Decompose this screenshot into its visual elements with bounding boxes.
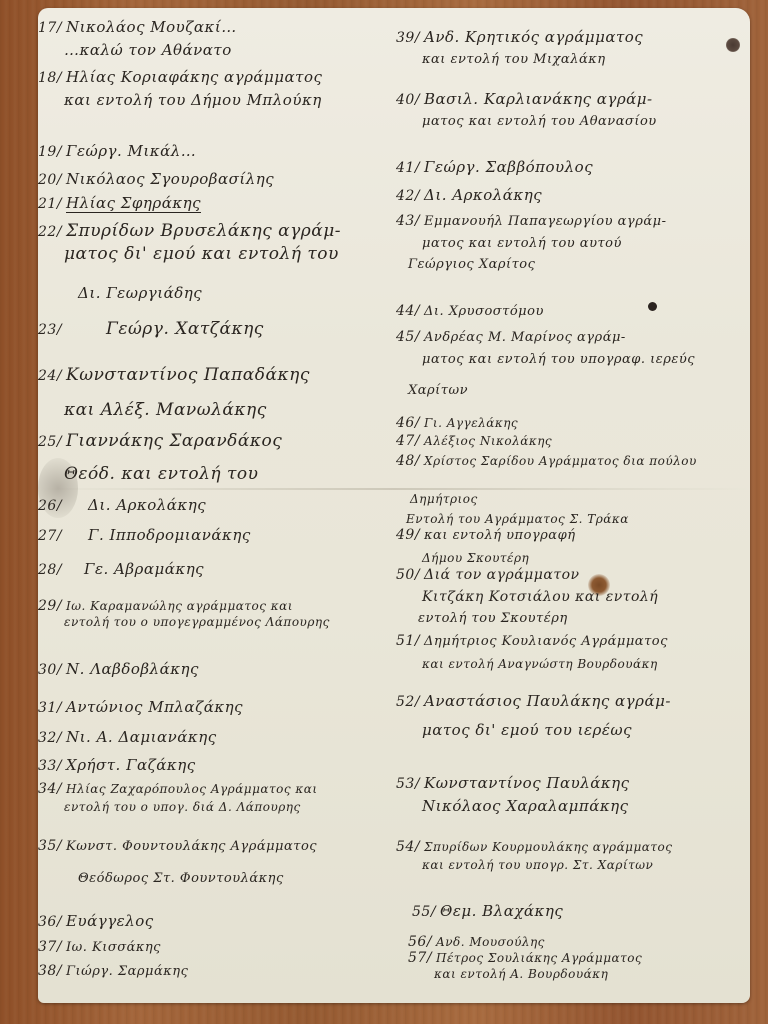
entry-text: Κωνστ. Φουντουλάκης Αγράμματος xyxy=(66,839,317,854)
entry-number: 41/ xyxy=(396,157,420,179)
entry-text: Βασιλ. Καρλιανάκης αγράμ- xyxy=(424,90,653,108)
entry-text: Δι. Χρυσοστόμου xyxy=(424,304,544,319)
list-entry-43-signature: Γεώργιος Χαρίτος xyxy=(396,254,750,276)
entry-text: Γ. Ιπποδρομιανάκης xyxy=(88,526,251,544)
entry-number: 49/ xyxy=(396,524,420,546)
entry-text-continued: εντολή του ο υπογ. διά Δ. Λάπουρης xyxy=(38,798,408,816)
list-entry-57: 57/Πέτρος Σουλιάκης Αγράμματοςκαι εντολή… xyxy=(396,950,750,982)
entry-text: Γεώργ. Μικάλ… xyxy=(66,142,196,160)
list-entry-51: 51/Δημήτριος Κουλιανός Αγράμματοςκαι εντ… xyxy=(396,630,750,675)
entry-text: Δι. Αρκολάκης xyxy=(424,186,542,204)
list-entry-38: 38/Γιώργ. Σαρμάκης xyxy=(38,960,408,983)
entry-number: 32/ xyxy=(38,727,62,749)
list-entry-41: 41/Γεώργ. Σαββόπουλος xyxy=(396,156,750,179)
list-entry-23: 23/Γεώργ. Χατζάκης xyxy=(38,318,408,341)
entry-number: 25/ xyxy=(38,431,62,453)
list-entry-35: 35/Κωνστ. Φουντουλάκης ΑγράμματοςΘεόδωρο… xyxy=(38,836,408,889)
list-entry-45-signature: Χαρίτων xyxy=(396,380,750,402)
entry-text: Γε. Αβραμάκης xyxy=(84,560,204,578)
entry-text: Εμμανουήλ Παπαγεωργίου αγράμ- xyxy=(424,214,666,229)
entry-number: 27/ xyxy=(38,525,62,547)
entry-number: 48/ xyxy=(396,450,420,472)
entry-text: Ιω. Κισσάκης xyxy=(66,940,161,955)
entry-number: 47/ xyxy=(396,430,420,452)
entry-text-continued: και εντολή του υπογρ. Στ. Χαρίτων xyxy=(396,856,750,874)
entry-text: Γιώργ. Σαρμάκης xyxy=(66,964,188,979)
entry-text: Σπυρίδων Κουρμουλάκης αγράμματος xyxy=(424,840,672,854)
entry-number: 26/ xyxy=(38,495,62,517)
handwritten-document-page: 17/Νικολάος Μουζακί……καλώ τον Αθάνατο 18… xyxy=(38,8,750,1003)
entry-number: 31/ xyxy=(38,697,62,719)
entry-text-continued: εντολή του ο υπογεγραμμένος Λάπουρης xyxy=(38,614,408,630)
list-entry-50: 50/Διά τον αγράμματονΚιτζάκη Κοτσιάλου κ… xyxy=(396,564,750,608)
entry-text: Ανδ. Μουσούλης xyxy=(436,935,545,949)
entry-text: Δι. Γεωργιάδης xyxy=(78,284,202,302)
list-entry-37: 37/Ιω. Κισσάκης xyxy=(38,936,408,959)
list-entry-34: 34/Ηλίας Ζαχαρόπουλος Αγράμματος καιεντο… xyxy=(38,780,408,816)
entry-number: 22/ xyxy=(38,221,62,243)
list-entry-22-signature: Δι. Γεωργιάδης xyxy=(38,282,408,304)
entry-text-continued: ματος και εντολή του υπογραφ. ιερεύς xyxy=(396,349,750,371)
entry-text: Ανδρέας Μ. Μαρίνος αγράμ- xyxy=(424,330,626,345)
list-entry-27: 27/Γ. Ιπποδρομιανάκης xyxy=(38,524,408,547)
entry-text-continued: ματος και εντολή του Αθανασίου xyxy=(396,111,750,133)
entry-text-continued: και εντολή Α. Βουρδουάκη xyxy=(408,966,750,982)
entry-text: Γεώργ. Χατζάκης xyxy=(106,319,264,339)
entry-text: Ν. Λαβδοβλάκης xyxy=(66,660,199,678)
entry-text: Ηλίας Ζαχαρόπουλος Αγράμματος και xyxy=(66,782,318,796)
entry-text: Ευάγγελος xyxy=(66,912,154,930)
list-entry-28: 28/Γε. Αβραμάκης xyxy=(38,558,408,581)
list-entry-31: 31/Αντώνιος Μπλαζάκης xyxy=(38,696,408,719)
entry-number: 30/ xyxy=(38,659,62,681)
entry-number: 53/ xyxy=(396,773,420,795)
entry-number: 56/ xyxy=(408,934,432,950)
list-entry-44: 44/Δι. Χρυσοστόμου xyxy=(396,300,750,323)
entry-text: Νικόλαος Σγουροβασίλης xyxy=(66,170,274,188)
entry-text: Αντώνιος Μπλαζάκης xyxy=(66,698,243,716)
entry-text: και εντολή υπογραφή xyxy=(424,528,575,543)
list-entry-29: 29/Ιω. Καραμανώλης αγράμματος καιεντολή … xyxy=(38,598,408,630)
entry-text: Αλέξιος Νικολάκης xyxy=(424,434,552,448)
entry-number: 52/ xyxy=(396,691,420,713)
entry-number: 51/ xyxy=(396,630,420,652)
entry-text-continued: Θεόδ. και εντολή του xyxy=(38,463,408,485)
entry-text: Νικολάος Μουζακί… xyxy=(66,18,237,36)
entry-number: 34/ xyxy=(38,780,62,798)
list-entry-50-continued: εντολή του Σκουτέρη xyxy=(396,608,750,630)
entry-text-continued: και εντολή του Μιχαλάκη xyxy=(396,49,750,71)
entry-number: 36/ xyxy=(38,911,62,933)
list-entry-25: 25/Γιαννάκης ΣαρανδάκοςΘεόδ. και εντολή … xyxy=(38,430,408,485)
entry-text-continued: …καλώ τον Αθάνατο xyxy=(38,39,408,61)
list-entry-55: 55/Θεμ. Βλαχάκης xyxy=(396,900,750,923)
entry-text: Χρίστος Σαρίδου Αγράμματος δια πούλου xyxy=(424,454,697,468)
list-entry-43: 43/Εμμανουήλ Παπαγεωργίου αγράμ-ματος κα… xyxy=(396,210,750,255)
entry-number: 54/ xyxy=(396,838,420,856)
list-entry-19: 19/Γεώργ. Μικάλ… xyxy=(38,140,408,163)
entry-number: 18/ xyxy=(38,67,62,89)
entry-number: 24/ xyxy=(38,365,62,387)
entry-text-continued: Νικόλαος Χαραλαμπάκης xyxy=(396,795,750,817)
list-entry-20: 20/Νικόλαος Σγουροβασίλης xyxy=(38,168,408,191)
entry-text: Ηλίας Σφηράκης xyxy=(66,194,201,213)
entry-text: Δι. Αρκολάκης xyxy=(88,496,206,514)
entry-text: Γεώργ. Σαββόπουλος xyxy=(424,158,593,176)
list-entry-53: 53/Κωνσταντίνος ΠαυλάκηςΝικόλαος Χαραλαμ… xyxy=(396,772,750,817)
entry-number: 55/ xyxy=(412,901,436,923)
entry-text: Δημήτριος xyxy=(410,492,478,506)
list-entry-33: 33/Χρήστ. Γαζάκης xyxy=(38,754,408,777)
entry-text: Θεμ. Βλαχάκης xyxy=(440,902,563,920)
entry-text-continued: ματος και εντολή του αυτού xyxy=(396,233,750,255)
entry-number: 37/ xyxy=(38,936,62,958)
list-entry-40: 40/Βασιλ. Καρλιανάκης αγράμ-ματος και εν… xyxy=(396,88,750,133)
list-entry-36: 36/Ευάγγελος xyxy=(38,910,408,933)
entry-text-continued: ματος δι' εμού του ιερέως xyxy=(396,719,750,741)
entry-text: Δημήτριος Κουλιανός Αγράμματος xyxy=(424,634,668,649)
entry-text: Κωνσταντίνος Παπαδάκης xyxy=(66,365,310,385)
entry-text: Χρήστ. Γαζάκης xyxy=(66,756,196,774)
list-entry-54: 54/Σπυρίδων Κουρμουλάκης αγράμματοςκαι ε… xyxy=(396,838,750,874)
list-entry-32: 32/Νι. Α. Δαμιανάκης xyxy=(38,726,408,749)
list-entry-52: 52/Αναστάσιος Παυλάκης αγράμ-ματος δι' ε… xyxy=(396,690,750,741)
entry-text: Γεώργιος Χαρίτος xyxy=(408,257,535,272)
entry-number: 23/ xyxy=(38,319,62,341)
list-entry-17: 17/Νικολάος Μουζακί……καλώ τον Αθάνατο xyxy=(38,16,408,61)
entry-text-continued: και Αλέξ. Μανωλάκης xyxy=(38,399,408,421)
entry-number: 21/ xyxy=(38,193,62,215)
list-entry-49: 49/και εντολή υπογραφήΔήμου Σκουτέρη xyxy=(396,524,750,569)
list-entry-47: 47/Αλέξιος Νικολάκης xyxy=(396,430,750,452)
list-entry-22: 22/Σπυρίδων Βρυσελάκης αγράμ-ματος δι' ε… xyxy=(38,220,408,265)
entry-text-continued: ματος δι' εμού και εντολή του xyxy=(38,243,408,265)
entry-text: Ηλίας Κοριαφάκης αγράμματος xyxy=(66,68,322,86)
entry-text-continued: Κιτζάκη Κοτσιάλου και εντολή xyxy=(396,586,750,608)
list-entry-30: 30/Ν. Λαβδοβλάκης xyxy=(38,658,408,681)
entry-number: 20/ xyxy=(38,169,62,191)
entry-text: Γιαννάκης Σαρανδάκος xyxy=(66,431,282,451)
entry-number: 35/ xyxy=(38,836,62,856)
list-entry-26: 26/Δι. Αρκολάκης xyxy=(38,494,408,517)
entry-text: Ανδ. Κρητικός αγράμματος xyxy=(424,28,643,46)
entry-number: 29/ xyxy=(38,598,62,614)
list-entry-56: 56/Ανδ. Μουσούλης xyxy=(396,934,750,950)
entry-number: 28/ xyxy=(38,559,62,581)
entry-text-continued: και εντολή του Δήμου Μπλούκη xyxy=(38,89,408,111)
entry-number: 45/ xyxy=(396,326,420,348)
list-entry-21: 21/Ηλίας Σφηράκης xyxy=(38,192,408,215)
entry-text: Πέτρος Σουλιάκης Αγράμματος xyxy=(436,951,642,965)
entry-text: Χαρίτων xyxy=(408,383,468,398)
entry-number: 43/ xyxy=(396,210,420,232)
list-entry-24: 24/Κωνσταντίνος Παπαδάκηςκαι Αλέξ. Μανωλ… xyxy=(38,364,408,421)
entry-text-continued: Θεόδωρος Στ. Φουντουλάκης xyxy=(38,869,408,889)
entry-number: 57/ xyxy=(408,950,432,966)
entry-number: 17/ xyxy=(38,17,62,39)
list-entry-42: 42/Δι. Αρκολάκης xyxy=(396,184,750,207)
entry-text: εντολή του Σκουτέρη xyxy=(418,611,568,626)
list-entry-48: 48/Χρίστος Σαρίδου Αγράμματος δια πούλου xyxy=(396,450,750,472)
entry-number: 40/ xyxy=(396,89,420,111)
entry-text: Νι. Α. Δαμιανάκης xyxy=(66,728,217,746)
entry-number: 42/ xyxy=(396,185,420,207)
entry-number: 50/ xyxy=(396,564,420,586)
list-entry-48-continued: Δημήτριος xyxy=(396,488,750,510)
list-entry-39: 39/Ανδ. Κρητικός αγράμματοςκαι εντολή το… xyxy=(396,26,750,71)
entry-number: 19/ xyxy=(38,141,62,163)
entry-number: 33/ xyxy=(38,755,62,777)
list-entry-45: 45/Ανδρέας Μ. Μαρίνος αγράμ-ματος και εν… xyxy=(396,326,750,371)
entry-text: Γι. Αγγελάκης xyxy=(424,416,518,430)
entry-text: Αναστάσιος Παυλάκης αγράμ- xyxy=(424,692,671,710)
entry-text: Ιω. Καραμανώλης αγράμματος και xyxy=(66,599,293,613)
entry-text-continued: και εντολή Αναγνώστη Βουρδουάκη xyxy=(396,653,750,675)
entry-number: 38/ xyxy=(38,960,62,982)
entry-text: Σπυρίδων Βρυσελάκης αγράμ- xyxy=(66,221,341,241)
entry-text: Διά τον αγράμματον xyxy=(424,567,579,583)
entry-text: Κωνσταντίνος Παυλάκης xyxy=(424,774,630,792)
entry-number: 44/ xyxy=(396,300,420,322)
entry-number: 39/ xyxy=(396,27,420,49)
list-entry-18: 18/Ηλίας Κοριαφάκης αγράμματοςκαι εντολή… xyxy=(38,66,408,111)
